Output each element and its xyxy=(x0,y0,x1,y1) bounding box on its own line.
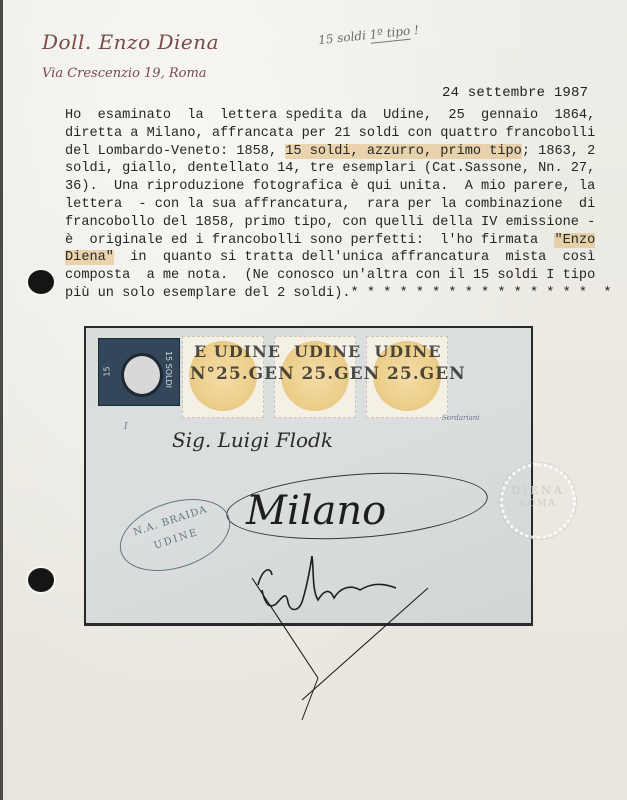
signature-scribble xyxy=(258,556,396,610)
certificate-page: Doll. Enzo Diena Via Crescenzio 19, Roma… xyxy=(0,0,627,800)
expert-signature-mark xyxy=(0,0,627,800)
check-mark-lines xyxy=(252,578,428,700)
